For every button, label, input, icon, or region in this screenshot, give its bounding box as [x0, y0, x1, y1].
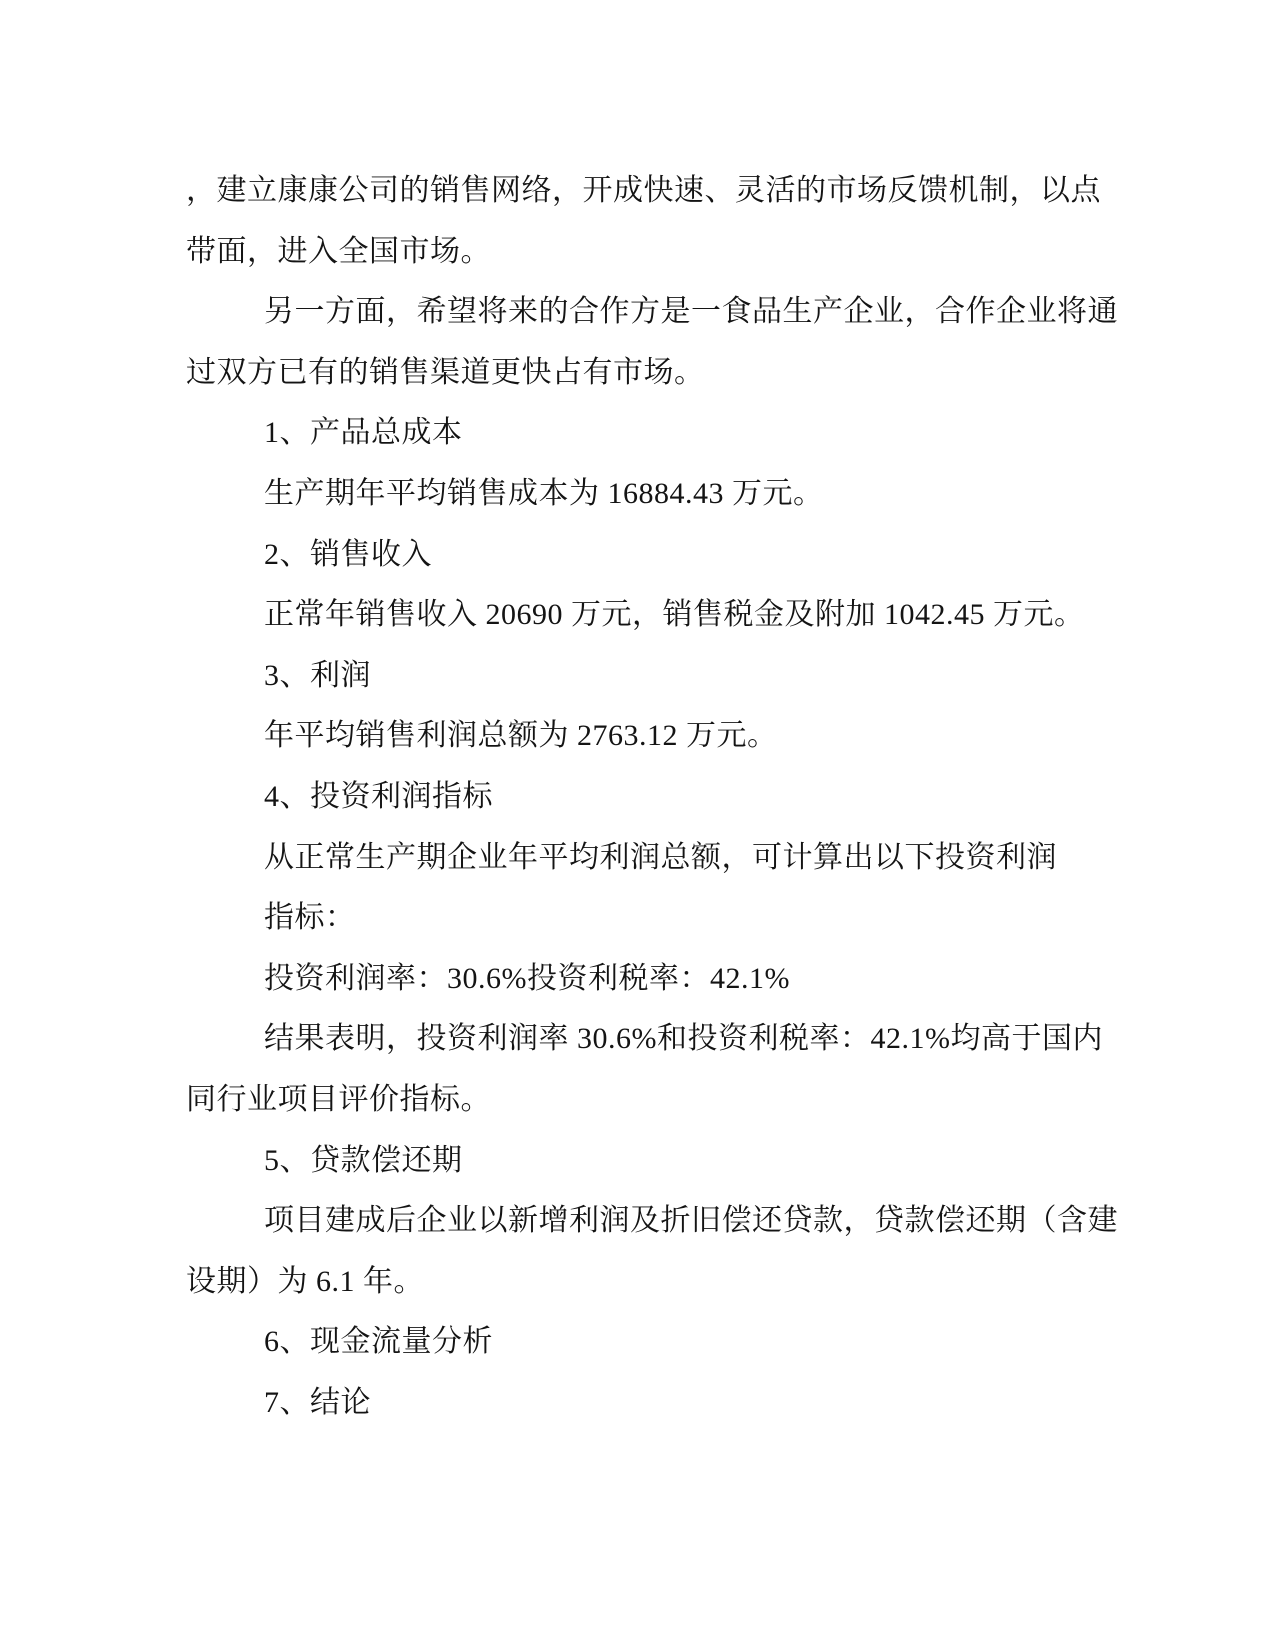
text-line: 结果表明，投资利润率 30.6%和投资利税率：42.1%均高于国内 [186, 1009, 1096, 1070]
section-heading-1: 1、产品总成本 [186, 403, 1096, 464]
text-line-continuation: ，建立康康公司的销售网络，开成快速、灵活的市场反馈机制，以点 [186, 161, 1096, 222]
paragraph-start: 另一方面，希望将来的合作方是一食品生产企业，合作企业将通 [186, 282, 1096, 343]
text-line: 生产期年平均销售成本为 16884.43 万元。 [186, 464, 1096, 525]
text-line: 项目建成后企业以新增利润及折旧偿还贷款，贷款偿还期（含建 [186, 1191, 1096, 1252]
document-page: ，建立康康公司的销售网络，开成快速、灵活的市场反馈机制，以点 带面，进入全国市场… [0, 0, 1275, 1650]
section-heading-4: 4、投资利润指标 [186, 767, 1096, 828]
section-heading-2: 2、销售收入 [186, 525, 1096, 586]
text-line: 同行业项目评价指标。 [186, 1070, 1096, 1131]
text-line: 年平均销售利润总额为 2763.12 万元。 [186, 706, 1096, 767]
text-line: 投资利润率：30.6%投资利税率：42.1% [186, 949, 1096, 1010]
section-heading-7: 7、结论 [186, 1373, 1096, 1434]
text-block: ，建立康康公司的销售网络，开成快速、灵活的市场反馈机制，以点 带面，进入全国市场… [186, 161, 1096, 1433]
text-line: 从正常生产期企业年平均利润总额，可计算出以下投资利润 [186, 828, 1096, 889]
text-line: 指标： [186, 888, 1096, 949]
section-heading-6: 6、现金流量分析 [186, 1312, 1096, 1373]
section-heading-3: 3、利润 [186, 646, 1096, 707]
text-line: 设期）为 6.1 年。 [186, 1252, 1096, 1313]
text-line: 正常年销售收入 20690 万元，销售税金及附加 1042.45 万元。 [186, 585, 1096, 646]
section-heading-5: 5、贷款偿还期 [186, 1131, 1096, 1192]
text-line: 过双方已有的销售渠道更快占有市场。 [186, 343, 1096, 404]
text-line: 带面，进入全国市场。 [186, 222, 1096, 283]
